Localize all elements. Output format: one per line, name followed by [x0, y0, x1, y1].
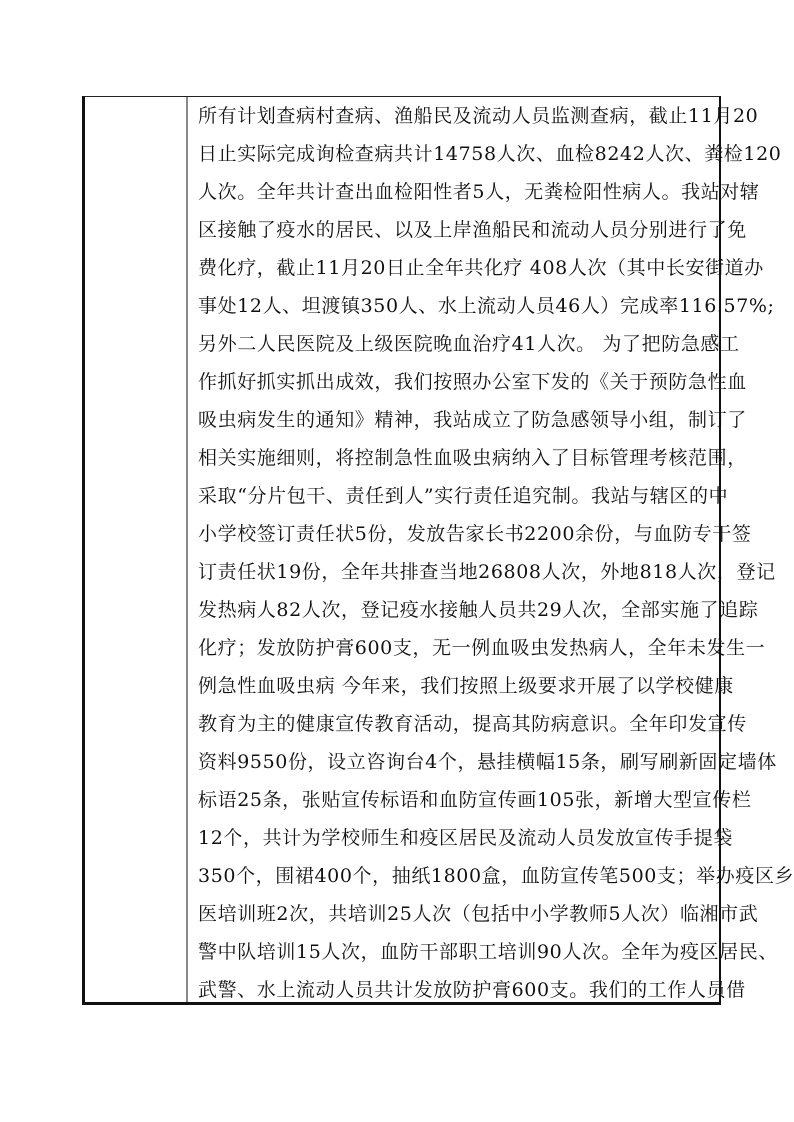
text-line: 订责任状19份，全年共排查当地26808人次，外地818人次，登记: [198, 553, 718, 591]
body-text: 所有计划查病村查病、渔船民及流动人员监测查病，截止11月20日止实际完成询检查病…: [198, 97, 718, 1009]
text-line: 人次。全年共计查出血检阳性者5人，无粪检阳性病人。我站对辖: [198, 173, 718, 211]
text-line: 所有计划查病村查病、渔船民及流动人员监测查病，截止11月20: [198, 97, 718, 135]
text-line: 相关实施细则，将控制急性血吸虫病纳入了目标管理考核范围，: [198, 439, 718, 477]
text-line: 事处12人、坦渡镇350人、水上流动人员46人）完成率116.57%;: [198, 287, 718, 325]
text-line: 350个，围裙400个，抽纸1800盒，血防宣传笔500支；举办疫区乡: [198, 857, 718, 895]
content-column: 所有计划查病村查病、渔船民及流动人员监测查病，截止11月20日止实际完成询检查病…: [188, 97, 719, 1002]
document-table: 所有计划查病村查病、渔船民及流动人员监测查病，截止11月20日止实际完成询检查病…: [82, 96, 721, 1005]
text-line: 医培训班2次，共培训25人次（包括中小学教师5人次）临湘市武: [198, 895, 718, 933]
text-line: 警中队培训15人次，血防干部职工培训90人次。全年为疫区居民、: [198, 933, 718, 971]
text-line: 武警、水上流动人员共计发放防护膏600支。我们的工作人员借: [198, 971, 718, 1009]
text-line: 资料9550份，设立咨询台4个，悬挂横幅15条，刷写刷新固定墙体: [198, 743, 718, 781]
text-line: 另外二人民医院及上级医院晚血治疗41人次。 为了把防急感工: [198, 325, 718, 363]
text-line: 费化疗，截止11月20日止全年共化疗 408人次（其中长安街道办: [198, 249, 718, 287]
text-line: 作抓好抓实抓出成效，我们按照办公室下发的《关于预防急性血: [198, 363, 718, 401]
text-line: 采取“分片包干、责任到人”实行责任追究制。我站与辖区的中: [198, 477, 718, 515]
text-line: 化疗；发放防护膏600支，无一例血吸虫发热病人，全年未发生一: [198, 629, 718, 667]
text-line: 标语25条，张贴宣传标语和血防宣传画105张，新增大型宣传栏: [198, 781, 718, 819]
text-line: 日止实际完成询检查病共计14758人次、血检8242人次、粪检120: [198, 135, 718, 173]
text-line: 小学校签订责任状5份，发放告家长书2200余份，与血防专干签: [198, 515, 718, 553]
text-line: 例急性血吸虫病 今年来，我们按照上级要求开展了以学校健康: [198, 667, 718, 705]
label-column-empty: [85, 97, 188, 1002]
text-line: 发热病人82人次，登记疫水接触人员共29人次，全部实施了追踪: [198, 591, 718, 629]
text-line: 教育为主的健康宣传教育活动，提高其防病意识。全年印发宣传: [198, 705, 718, 743]
text-line: 区接触了疫水的居民、以及上岸渔船民和流动人员分别进行了免: [198, 211, 718, 249]
text-line: 12个，共计为学校师生和疫区居民及流动人员发放宣传手提袋: [198, 819, 718, 857]
text-line: 吸虫病发生的通知》精神，我站成立了防急感领导小组，制订了: [198, 401, 718, 439]
